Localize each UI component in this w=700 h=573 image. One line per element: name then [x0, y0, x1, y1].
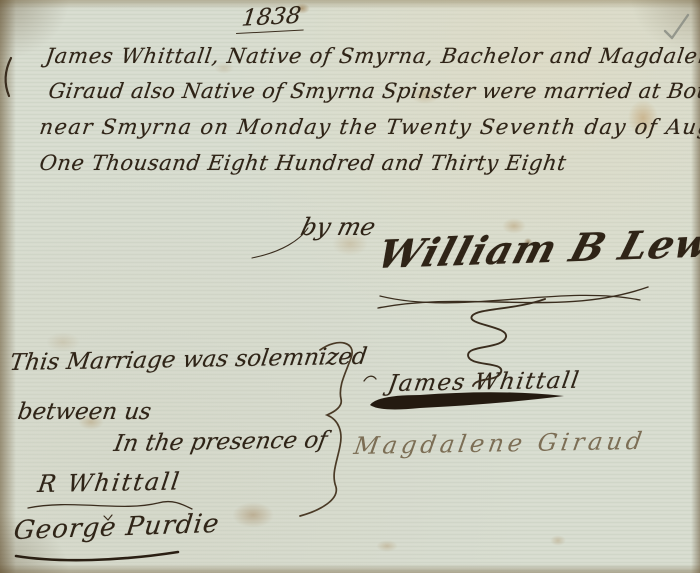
page-edge-top: [0, 0, 700, 9]
groom-signature-mark: [364, 376, 376, 381]
page-edge-left: [0, 0, 16, 573]
stain: [550, 535, 566, 546]
marriage-record-page: 1838 James Whittall, Native of Smyrna, B…: [0, 0, 700, 573]
officiant-signature: William B Lewis: [372, 219, 700, 278]
record-text-line-2: Giraud also Native of Smyrna Spinster we…: [47, 79, 700, 103]
witness1-flourish: [28, 502, 192, 509]
bride-signature: Magdalene Giraud: [352, 427, 648, 460]
witness-signature-1: R Whittall: [36, 468, 183, 498]
page-edge-bottom: [0, 564, 700, 573]
year-heading: 1838: [236, 3, 307, 34]
witness2-underline: [16, 552, 178, 560]
left-margin-pen-mark: [5, 58, 11, 96]
groom-signature: James Whittall: [386, 368, 582, 397]
record-text-line-3: near Smyrna on Monday the Twenty Seventh…: [38, 115, 700, 139]
solemnized-text: This Marriage was solemnized: [8, 344, 369, 376]
stain: [376, 540, 398, 552]
between-us-text: between us: [16, 399, 153, 425]
officiant-flourish: [380, 295, 640, 302]
pencil-check-mark: [665, 15, 688, 38]
record-text-line-1: James Whittall, Native of Smyrna, Bachel…: [44, 44, 700, 68]
record-text-line-4: One Thousand Eight Hundred and Thirty Ei…: [38, 151, 568, 175]
officiant-flourish: [378, 287, 648, 308]
witness-signature-2: George Purdie: [12, 509, 221, 546]
by-me-label: by me: [298, 213, 378, 241]
stain: [232, 502, 274, 528]
presence-of-text: In the presence of: [112, 427, 329, 457]
